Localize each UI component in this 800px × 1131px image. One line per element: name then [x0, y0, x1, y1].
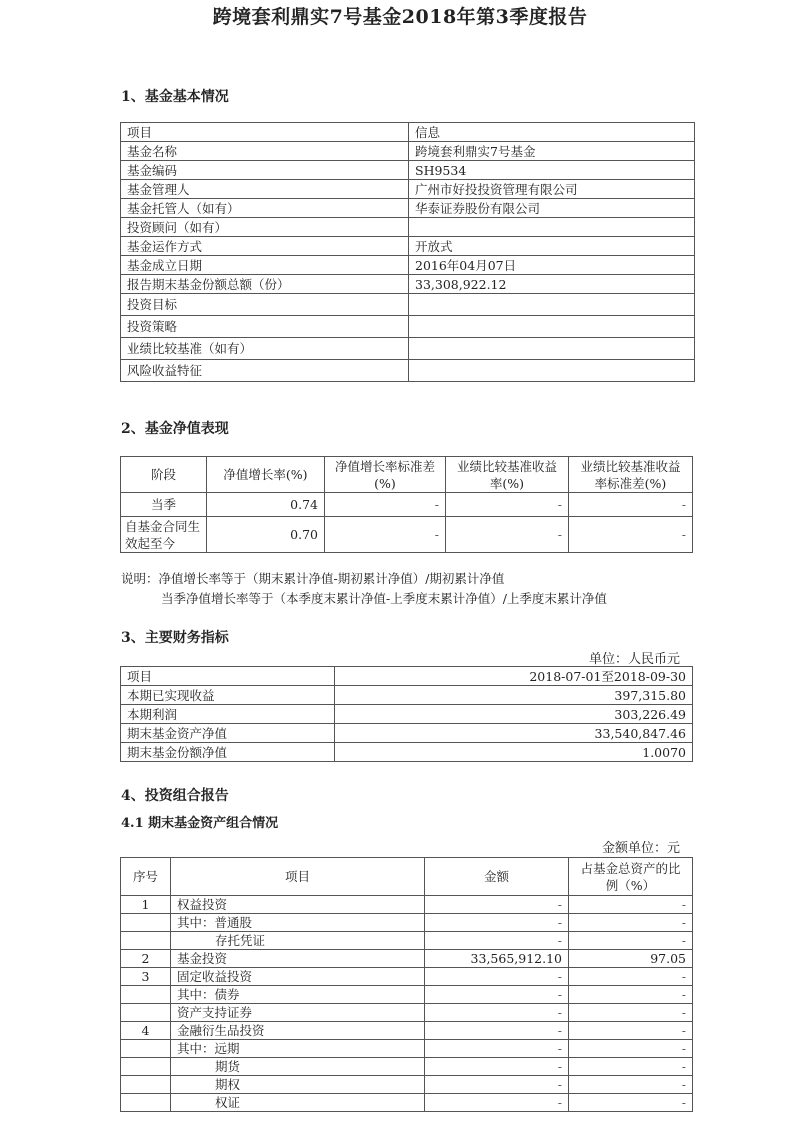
table-header-row: 项目信息 [121, 123, 695, 142]
row-amount: - [425, 1022, 569, 1040]
header-cell: 2018-07-01至2018-09-30 [335, 667, 693, 686]
row-item: 基金投资 [171, 950, 425, 968]
section2-heading: 2、基金净值表现 [121, 418, 229, 438]
row-amount: 33,565,912.10 [425, 950, 569, 968]
table-row: 存托凭证-- [121, 932, 693, 950]
row-value: 开放式 [409, 237, 695, 256]
row-ratio: - [569, 1076, 693, 1094]
table-row: 本期已实现收益397,315.80 [121, 686, 693, 705]
row-ratio: - [569, 932, 693, 950]
row-amount: - [425, 932, 569, 950]
row-item: 权证 [171, 1094, 425, 1112]
header-cell: 阶段 [121, 457, 207, 493]
fund-basic-info-table: 项目信息基金名称跨境套利鼎实7号基金基金编码SH9534基金管理人广州市好投投资… [120, 122, 695, 382]
row-amount: - [425, 896, 569, 914]
note-line-2: 当季净值增长率等于（本季度末累计净值-上季度末累计净值）/上季度末累计净值 [161, 589, 607, 609]
row-amount: - [425, 1004, 569, 1022]
header-cell: 信息 [409, 123, 695, 142]
row-number: 2 [121, 950, 171, 968]
row-amount: - [425, 1058, 569, 1076]
table-row: 投资策略 [121, 316, 695, 338]
row-value: 33,308,922.12 [409, 275, 695, 294]
row-label: 基金名称 [121, 142, 409, 161]
section4-heading: 4、投资组合报告 [121, 785, 229, 805]
row-ratio: - [569, 1058, 693, 1076]
financial-indicators-table: 项目2018-07-01至2018-09-30本期已实现收益397,315.80… [120, 666, 693, 762]
row-value: 2016年04月07日 [409, 256, 695, 275]
table-row: 其中：普通股-- [121, 914, 693, 932]
row-value [409, 218, 695, 237]
row-ratio: - [569, 1094, 693, 1112]
nav-growth-std: - [325, 517, 446, 553]
row-label: 基金成立日期 [121, 256, 409, 275]
row-number [121, 932, 171, 950]
benchmark-std: - [569, 493, 693, 517]
row-item: 期权 [171, 1076, 425, 1094]
row-amount: - [425, 1076, 569, 1094]
table-row: 业绩比较基准（如有） [121, 338, 695, 360]
note-line-1: 说明：净值增长率等于（期末累计净值-期初累计净值）/期初累计净值 [121, 569, 504, 589]
row-item: 固定收益投资 [171, 968, 425, 986]
header-cell: 序号 [121, 858, 171, 896]
row-value: 广州市好投投资管理有限公司 [409, 180, 695, 199]
table-row: 期权-- [121, 1076, 693, 1094]
table-row: 投资顾问（如有） [121, 218, 695, 237]
header-cell: 项目 [171, 858, 425, 896]
section3-heading: 3、主要财务指标 [121, 627, 229, 647]
header-cell: 净值增长率标准差(%) [325, 457, 446, 493]
section4-1-heading: 4.1 期末基金资产组合情况 [121, 812, 278, 831]
row-number [121, 1094, 171, 1112]
indicator-label: 本期已实现收益 [121, 686, 335, 705]
table-row: 投资目标 [121, 294, 695, 316]
row-item: 其中：普通股 [171, 914, 425, 932]
table-row: 本期利润303,226.49 [121, 705, 693, 724]
row-value: 跨境套利鼎实7号基金 [409, 142, 695, 161]
row-label: 风险收益特征 [121, 360, 409, 382]
table-row: 基金运作方式开放式 [121, 237, 695, 256]
row-number [121, 986, 171, 1004]
table-header-row: 项目2018-07-01至2018-09-30 [121, 667, 693, 686]
indicator-label: 期末基金资产净值 [121, 724, 335, 743]
row-item: 金融衍生品投资 [171, 1022, 425, 1040]
row-number [121, 1058, 171, 1076]
row-number: 1 [121, 896, 171, 914]
row-ratio: 97.05 [569, 950, 693, 968]
table-row: 3固定收益投资-- [121, 968, 693, 986]
indicator-value: 33,540,847.46 [335, 724, 693, 743]
table-row: 风险收益特征 [121, 360, 695, 382]
table-row: 基金管理人广州市好投投资管理有限公司 [121, 180, 695, 199]
nav-performance-table: 阶段净值增长率(%)净值增长率标准差(%)业绩比较基准收益率(%)业绩比较基准收… [120, 456, 693, 553]
row-value [409, 294, 695, 316]
row-label: 投资目标 [121, 294, 409, 316]
row-amount: - [425, 914, 569, 932]
row-ratio: - [569, 914, 693, 932]
benchmark-std: - [569, 517, 693, 553]
row-item: 其中：远期 [171, 1040, 425, 1058]
indicator-label: 期末基金份额净值 [121, 743, 335, 762]
row-ratio: - [569, 896, 693, 914]
row-item: 期货 [171, 1058, 425, 1076]
table-row: 期末基金资产净值33,540,847.46 [121, 724, 693, 743]
row-ratio: - [569, 986, 693, 1004]
row-label: 基金管理人 [121, 180, 409, 199]
header-cell: 项目 [121, 123, 409, 142]
row-ratio: - [569, 1040, 693, 1058]
nav-growth-std: - [325, 493, 446, 517]
table-row: 报告期末基金份额总额（份）33,308,922.12 [121, 275, 695, 294]
row-amount: - [425, 1040, 569, 1058]
row-number [121, 914, 171, 932]
header-cell: 业绩比较基准收益率标准差(%) [569, 457, 693, 493]
indicator-value: 303,226.49 [335, 705, 693, 724]
row-amount: - [425, 968, 569, 986]
row-value [409, 316, 695, 338]
header-cell: 业绩比较基准收益率(%) [446, 457, 569, 493]
row-number: 3 [121, 968, 171, 986]
section1-heading: 1、基金基本情况 [121, 86, 229, 106]
header-cell: 金额 [425, 858, 569, 896]
row-item: 其中：债券 [171, 986, 425, 1004]
table-row: 其中：远期-- [121, 1040, 693, 1058]
row-label: 基金托管人（如有） [121, 199, 409, 218]
row-item: 资产支持证券 [171, 1004, 425, 1022]
header-cell: 占基金总资产的比例（%） [569, 858, 693, 896]
nav-growth-rate: 0.70 [207, 517, 325, 553]
table-row: 自基金合同生效起至今0.70--- [121, 517, 693, 553]
table-row: 基金成立日期2016年04月07日 [121, 256, 695, 275]
report-title: 跨境套利鼎实7号基金2018年第3季度报告 [0, 2, 800, 29]
indicator-value: 397,315.80 [335, 686, 693, 705]
row-item: 存托凭证 [171, 932, 425, 950]
row-number [121, 1004, 171, 1022]
row-label: 基金运作方式 [121, 237, 409, 256]
asset-allocation-table: 序号项目金额占基金总资产的比例（%）1权益投资--其中：普通股--存托凭证--2… [120, 857, 693, 1112]
table-row: 4金融衍生品投资-- [121, 1022, 693, 1040]
row-number [121, 1076, 171, 1094]
table-row: 其中：债券-- [121, 986, 693, 1004]
row-label: 业绩比较基准（如有） [121, 338, 409, 360]
table-row: 2基金投资33,565,912.1097.05 [121, 950, 693, 968]
table-row: 基金编码SH9534 [121, 161, 695, 180]
row-amount: - [425, 1094, 569, 1112]
indicator-label: 本期利润 [121, 705, 335, 724]
nav-growth-rate: 0.74 [207, 493, 325, 517]
table-row: 权证-- [121, 1094, 693, 1112]
row-number: 4 [121, 1022, 171, 1040]
row-label: 基金编码 [121, 161, 409, 180]
row-label: 报告期末基金份额总额（份） [121, 275, 409, 294]
benchmark-return: - [446, 517, 569, 553]
table-row: 当季0.74--- [121, 493, 693, 517]
period-label: 当季 [121, 493, 207, 517]
section3-unit: 单位：人民币元 [480, 648, 680, 667]
row-value [409, 338, 695, 360]
table-row: 期货-- [121, 1058, 693, 1076]
benchmark-return: - [446, 493, 569, 517]
row-ratio: - [569, 1022, 693, 1040]
row-ratio: - [569, 1004, 693, 1022]
table-row: 基金名称跨境套利鼎实7号基金 [121, 142, 695, 161]
row-value: 华泰证券股份有限公司 [409, 199, 695, 218]
row-ratio: - [569, 968, 693, 986]
indicator-value: 1.0070 [335, 743, 693, 762]
table-header-row: 序号项目金额占基金总资产的比例（%） [121, 858, 693, 896]
header-cell: 项目 [121, 667, 335, 686]
table-row: 基金托管人（如有）华泰证券股份有限公司 [121, 199, 695, 218]
row-label: 投资顾问（如有） [121, 218, 409, 237]
table-row: 1权益投资-- [121, 896, 693, 914]
table-header-row: 阶段净值增长率(%)净值增长率标准差(%)业绩比较基准收益率(%)业绩比较基准收… [121, 457, 693, 493]
row-value [409, 360, 695, 382]
row-value: SH9534 [409, 161, 695, 180]
table-row: 期末基金份额净值1.0070 [121, 743, 693, 762]
section4-unit: 金额单位：元 [480, 837, 680, 856]
row-label: 投资策略 [121, 316, 409, 338]
row-amount: - [425, 986, 569, 1004]
row-number [121, 1040, 171, 1058]
header-cell: 净值增长率(%) [207, 457, 325, 493]
row-item: 权益投资 [171, 896, 425, 914]
period-label: 自基金合同生效起至今 [121, 517, 207, 553]
table-row: 资产支持证券-- [121, 1004, 693, 1022]
